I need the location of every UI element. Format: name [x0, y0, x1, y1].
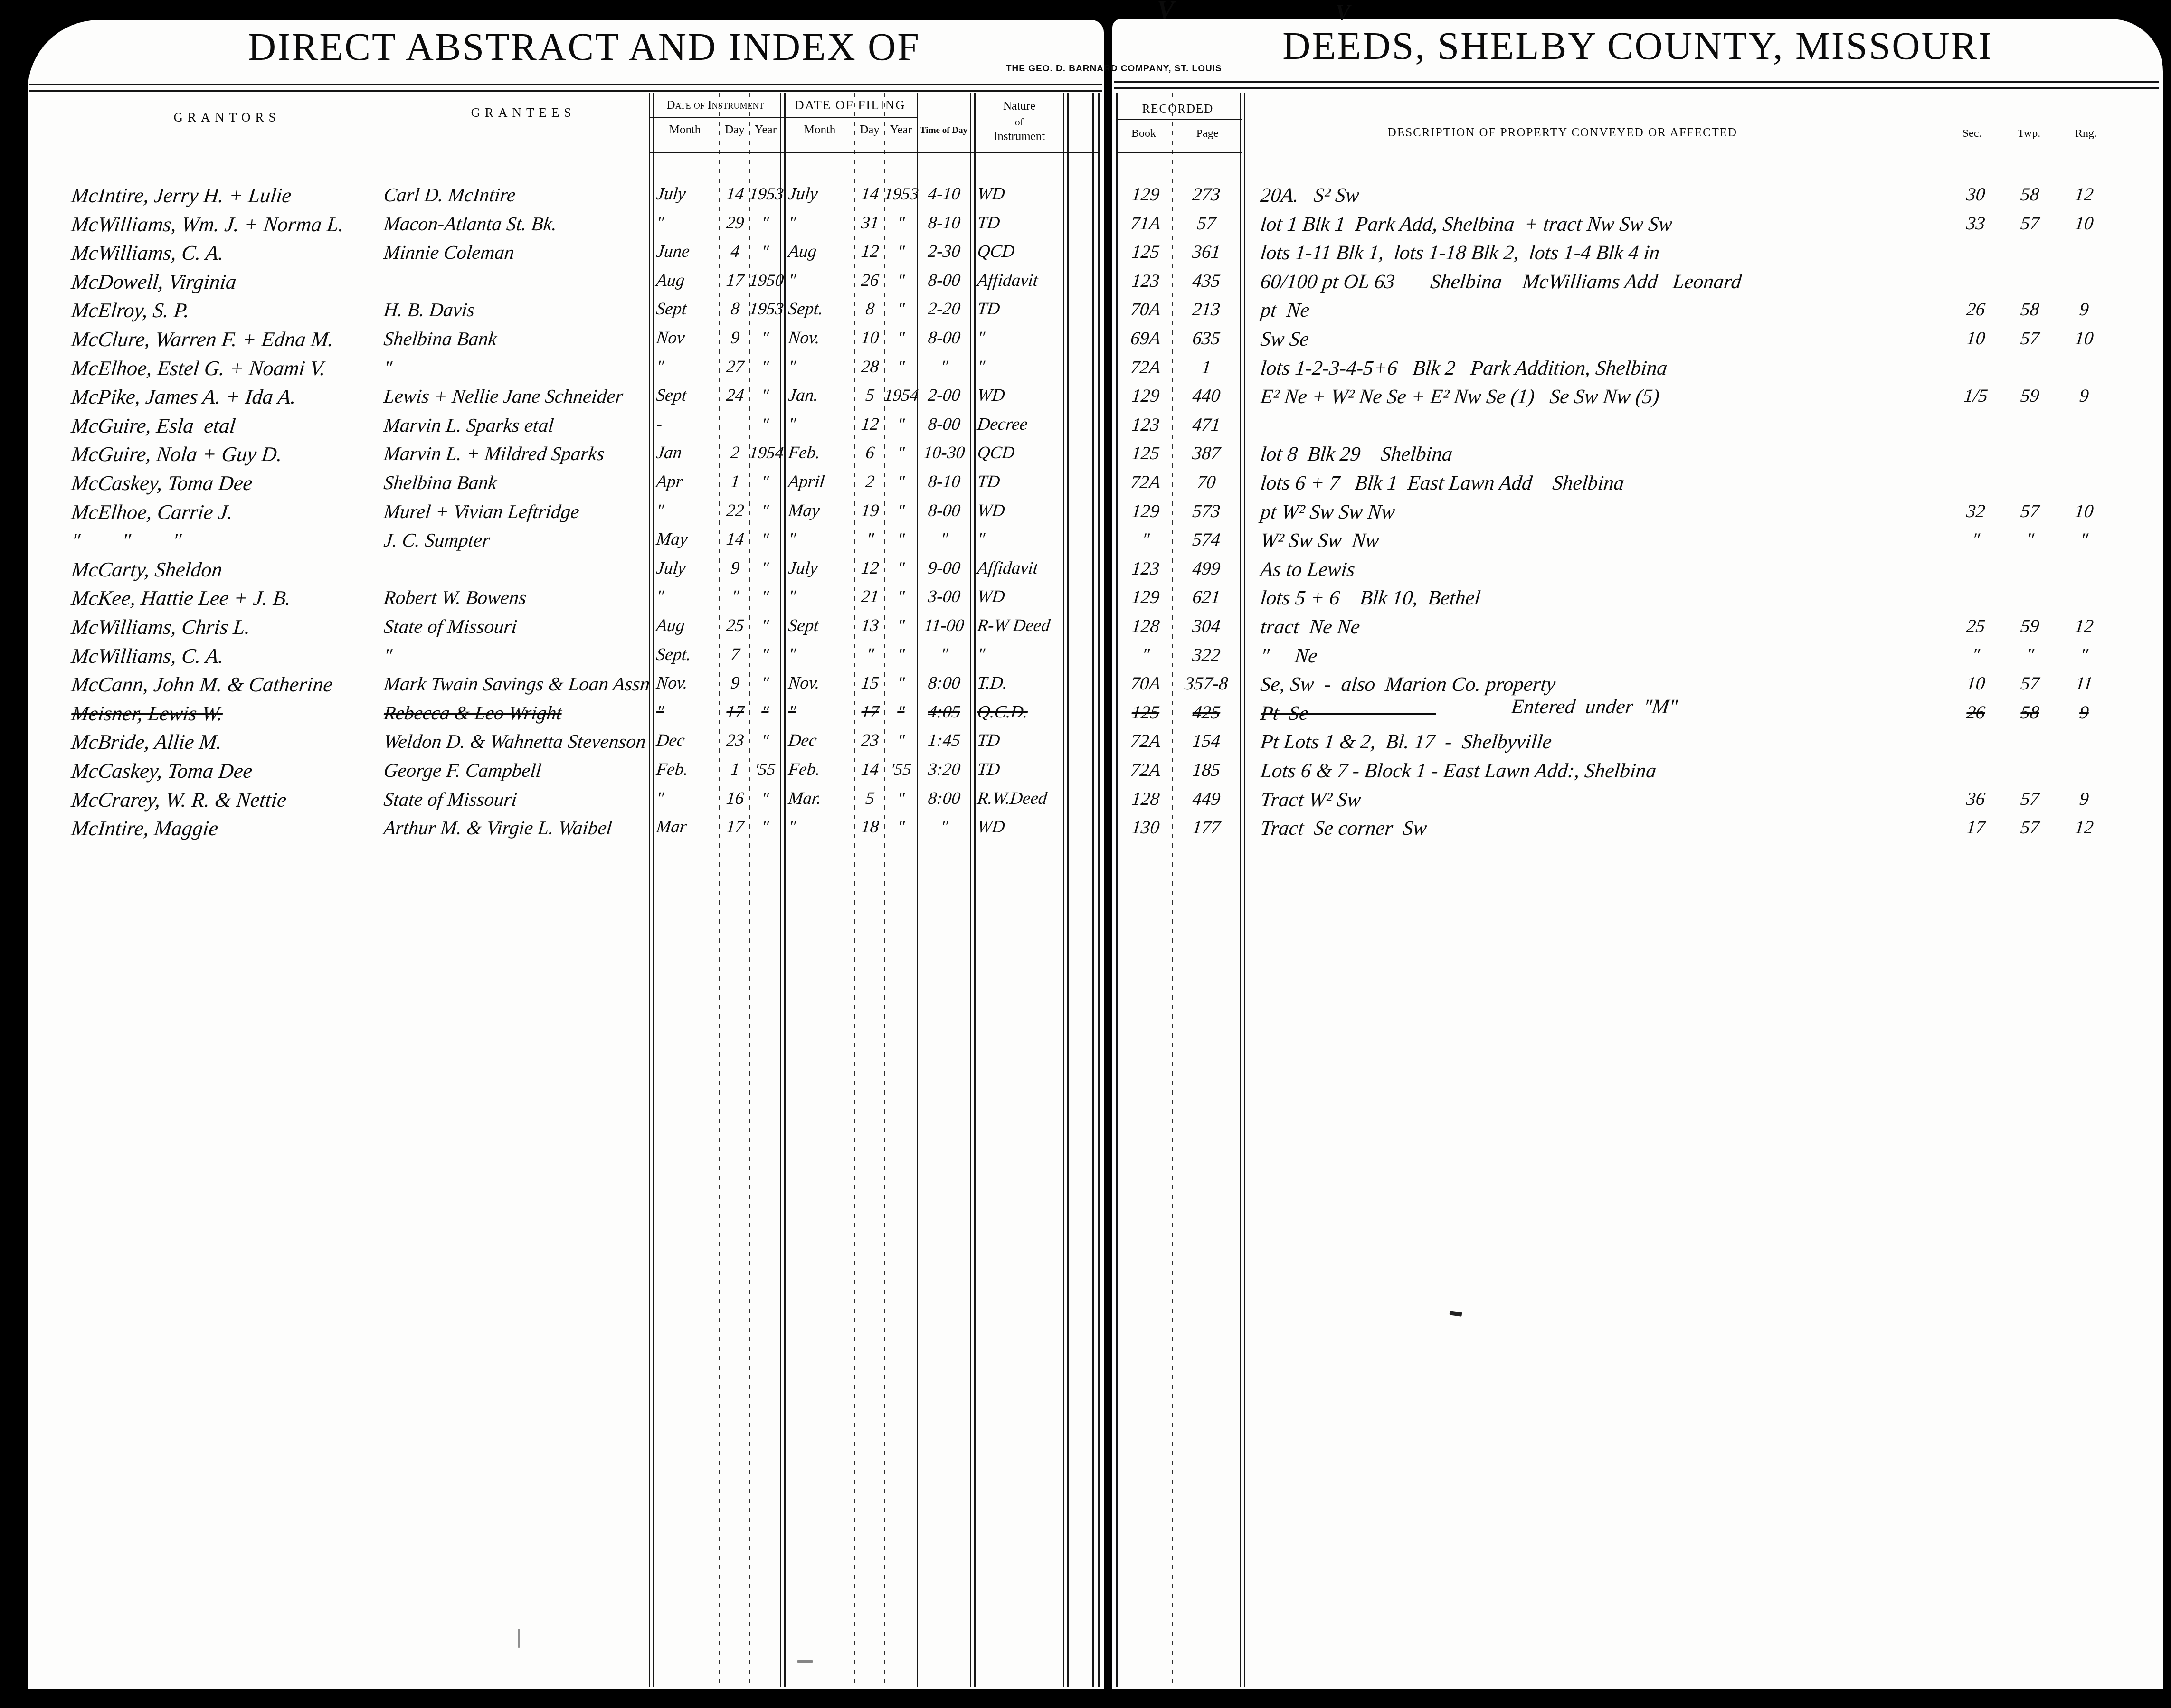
cell-rng: 9 — [2057, 790, 2112, 808]
cell-filing-month: " — [787, 703, 796, 721]
cell-instrument-month: " — [655, 502, 664, 519]
column-header-nature: Nature — [1003, 100, 1035, 113]
cell-filing-month: Feb. — [787, 761, 821, 778]
cell-time-of-day: 11-00 — [918, 617, 971, 634]
cell-sec: 30 — [1948, 185, 2003, 204]
check-mark: V — [1157, 0, 1174, 23]
cell-twp: 57 — [2002, 674, 2057, 693]
column-header-description: DESCRIPTION OF PROPERTY CONVEYED OR AFFE… — [1388, 126, 1737, 140]
cell-grantee: Mark Twain Savings & Loan Assn — [383, 674, 651, 694]
cell-filing-month: " — [787, 818, 796, 836]
cell-page: 361 — [1174, 243, 1239, 261]
cell-instrument-day: 4 — [719, 243, 751, 260]
cell-description: Lots 6 & 7 - Block 1 - East Lawn Add:, S… — [1260, 761, 1657, 781]
cell-page: 574 — [1174, 530, 1239, 549]
cell-book: 123 — [1117, 415, 1174, 434]
cell-filing-day: 26 — [854, 272, 886, 289]
cell-time-of-day: " — [918, 646, 971, 663]
cell-nature-of-instrument: R-W Deed — [976, 617, 1051, 634]
cell-instrument-year: " — [749, 329, 782, 346]
cell-grantee: Shelbina Bank — [383, 329, 498, 349]
cell-book: 125 — [1117, 243, 1174, 261]
cell-nature-of-instrument: " — [976, 530, 986, 548]
cell-grantee: Robert W. Bowens — [383, 588, 528, 607]
cell-instrument-year: " — [749, 559, 782, 576]
column-rule — [1116, 93, 1118, 1687]
header-rule — [650, 152, 1100, 153]
cell-description: 20A. S² Sw — [1260, 185, 1360, 206]
cell-description: Tract W² Sw — [1260, 790, 1362, 810]
cell-grantee: Murel + Vivian Leftridge — [383, 502, 580, 521]
cell-grantee: Shelbina Bank — [383, 473, 498, 492]
subheader-filing-day: Day — [860, 123, 880, 137]
cell-grantor: McElroy, S. P. — [70, 300, 190, 321]
cell-filing-month: Nov. — [787, 674, 821, 692]
cell-filing-year: " — [883, 617, 919, 634]
cell-instrument-month: May — [655, 530, 689, 548]
cell-book: 129 — [1117, 502, 1174, 520]
cell-instrument-month: " — [655, 703, 664, 721]
cell-instrument-month: Mar — [655, 818, 688, 836]
cell-filing-day: 15 — [854, 674, 886, 692]
cell-page: 499 — [1174, 559, 1239, 578]
cell-twp: 57 — [2002, 214, 2057, 233]
cell-filing-day: 14 — [854, 761, 886, 778]
cell-instrument-day: 16 — [719, 790, 751, 807]
cell-book: 69A — [1117, 329, 1174, 348]
cell-instrument-month: Nov. — [655, 674, 689, 692]
ink-speck — [797, 1660, 813, 1663]
cell-instrument-day: 9 — [719, 329, 751, 347]
cell-description: " Ne — [1260, 646, 1318, 666]
cell-rng: 10 — [2057, 214, 2112, 233]
cell-book: 129 — [1117, 387, 1174, 405]
cell-nature-of-instrument: TD — [976, 473, 1001, 491]
cell-instrument-month: July — [655, 559, 687, 577]
cell-filing-year: " — [883, 300, 919, 317]
column-rule — [649, 93, 654, 1687]
cell-filing-month: " — [787, 214, 796, 232]
cell-time-of-day: 2-30 — [918, 243, 971, 260]
cell-time-of-day: 2-00 — [918, 387, 971, 404]
check-mark: V — [1336, 2, 1350, 24]
cell-page: 57 — [1174, 214, 1239, 233]
cell-twp: 57 — [2002, 818, 2057, 837]
subheader-filing-year: Year — [890, 123, 912, 137]
cell-instrument-month: " — [655, 214, 664, 232]
cell-grantor: Meisner, Lewis W. — [70, 703, 224, 724]
cell-description: lots 5 + 6 Blk 10, Bethel — [1260, 588, 1481, 608]
cell-instrument-year: " — [749, 502, 782, 519]
cell-instrument-day: 24 — [719, 387, 751, 404]
cell-time-of-day: 8-00 — [918, 415, 971, 433]
cell-filing-day: 31 — [854, 214, 886, 232]
cell-filing-month: Sept — [787, 617, 820, 634]
cell-grantee: Lewis + Nellie Jane Schneider — [383, 387, 624, 406]
cell-page: 304 — [1174, 617, 1239, 635]
cell-instrument-year: " — [749, 818, 782, 835]
cell-instrument-month: " — [655, 358, 664, 376]
cell-book: 128 — [1117, 790, 1174, 808]
cell-grantor: McBride, Allie M. — [70, 732, 223, 753]
cell-instrument-day: 17 — [719, 818, 751, 836]
cell-book: 129 — [1117, 588, 1174, 606]
right-page — [1112, 19, 2163, 1689]
cell-instrument-day: 14 — [719, 185, 751, 203]
cell-instrument-year: " — [749, 530, 782, 547]
cell-filing-year: " — [883, 272, 919, 289]
cell-time-of-day: 8:00 — [918, 674, 971, 692]
cell-time-of-day: 8-00 — [918, 329, 971, 347]
cell-page: 440 — [1174, 387, 1239, 405]
header-rule — [29, 84, 1102, 85]
subheader-book: Book — [1131, 127, 1156, 140]
cell-description: lots 6 + 7 Blk 1 East Lawn Add Shelbina — [1260, 473, 1625, 493]
cell-filing-year: '55 — [883, 761, 919, 778]
cell-filing-month: " — [787, 646, 796, 663]
cell-nature-of-instrument: TD — [976, 761, 1001, 778]
column-header-rng: Rng. — [2075, 127, 2097, 140]
cell-instrument-day: 17 — [719, 272, 751, 289]
cell-instrument-day: 14 — [719, 530, 751, 548]
cell-filing-day: 13 — [854, 617, 886, 634]
column-header-recorded: RECORDED — [1142, 103, 1214, 116]
header-rule — [650, 117, 917, 118]
cell-twp: " — [2002, 646, 2057, 664]
cell-grantor: McClure, Warren F. + Edna M. — [70, 329, 335, 350]
cell-sec: 32 — [1948, 502, 2003, 520]
cell-filing-day: 23 — [854, 732, 886, 749]
cell-twp: 57 — [2002, 790, 2057, 808]
cell-page: 573 — [1174, 502, 1239, 520]
cell-time-of-day: 2-20 — [918, 300, 971, 318]
cell-instrument-month: " — [655, 790, 664, 807]
cell-instrument-day: 17 — [719, 703, 751, 721]
cell-page: 449 — [1174, 790, 1239, 808]
cell-grantor: McKee, Hattie Lee + J. B. — [70, 588, 292, 609]
cell-grantee: Rebecca & Leo Wright — [383, 703, 563, 723]
cell-rng: 12 — [2057, 617, 2112, 635]
cell-sec: 10 — [1948, 674, 2003, 693]
cell-book: 125 — [1117, 703, 1174, 722]
cell-grantor: McWilliams, C. A. — [70, 646, 225, 667]
cell-book: 72A — [1117, 732, 1174, 750]
cell-book: 130 — [1117, 818, 1174, 837]
column-header-nature-of: of — [1015, 116, 1024, 128]
cell-instrument-year: " — [749, 473, 782, 490]
cell-page: 1 — [1174, 358, 1239, 377]
cell-rng: " — [2057, 646, 2112, 664]
cell-instrument-month: Nov — [655, 329, 685, 347]
cell-grantee: State of Missouri — [383, 617, 518, 636]
cell-sec: 1/5 — [1948, 387, 2003, 405]
cell-filing-month: April — [787, 473, 825, 491]
cell-instrument-year: " — [749, 243, 782, 260]
cell-time-of-day: 4-10 — [918, 185, 971, 203]
cell-page: 621 — [1174, 588, 1239, 606]
cell-page: 471 — [1174, 415, 1239, 434]
cell-instrument-day: 7 — [719, 646, 751, 663]
cell-filing-year: " — [883, 646, 919, 663]
cell-time-of-day: 8:00 — [918, 790, 971, 807]
column-header-nature-instrument: Instrument — [994, 130, 1045, 143]
cell-filing-month: May — [787, 502, 821, 519]
cell-instrument-year: " — [749, 415, 782, 433]
cell-grantor: McCrarey, W. R. & Nettie — [70, 790, 287, 811]
cell-description: pt W² Sw Sw Nw — [1260, 502, 1396, 522]
subheader-filing-month: Month — [804, 123, 836, 137]
cell-filing-month: " — [787, 358, 796, 376]
column-header-sec: Sec. — [1962, 127, 1982, 140]
cell-book: 128 — [1117, 617, 1174, 635]
cell-grantee: Arthur M. & Virgie L. Waibel — [383, 818, 613, 838]
cell-twp: 58 — [2002, 300, 2057, 319]
cell-time-of-day: 8-10 — [918, 473, 971, 491]
cell-nature-of-instrument: Decree — [976, 415, 1028, 433]
cell-book: 129 — [1117, 185, 1174, 204]
cell-rng: 10 — [2057, 502, 2112, 520]
cell-book: 125 — [1117, 444, 1174, 462]
cell-filing-day: 8 — [854, 300, 886, 318]
cell-book: 123 — [1117, 272, 1174, 290]
cell-grantor: McGuire, Nola + Guy D. — [70, 444, 283, 465]
cell-description: Sw Se — [1260, 329, 1310, 349]
cell-grantee: State of Missouri — [383, 790, 518, 809]
cell-instrument-day: 1 — [719, 761, 751, 778]
cell-instrument-day: 9 — [719, 559, 751, 577]
cell-description: lots 1-2-3-4-5+6 Blk 2 Park Addition, Sh… — [1260, 358, 1668, 378]
cell-filing-day: " — [854, 646, 886, 663]
cell-grantor: McDowell, Virginia — [70, 272, 237, 293]
cell-instrument-year: " — [749, 588, 782, 605]
column-rule — [1063, 93, 1069, 1687]
column-header-grantors: GRANTORS — [173, 110, 280, 125]
cell-sec: " — [1948, 530, 2003, 549]
cell-instrument-day: 29 — [719, 214, 751, 232]
cell-description: lot 8 Blk 29 Shelbina — [1260, 444, 1453, 464]
cell-description: E² Ne + W² Ne Se + E² Nw Se (1) Se Sw Nw… — [1260, 387, 1660, 407]
cell-grantee: Minnie Coleman — [383, 243, 515, 262]
cell-instrument-day: " — [719, 588, 751, 605]
cell-filing-month: " — [787, 588, 796, 605]
cell-instrument-year: 1950 — [749, 272, 782, 289]
printer-mark: THE GEO. D. BARNARD COMPANY, ST. LOUIS — [1006, 64, 1222, 74]
header-rule — [29, 90, 1102, 92]
cell-instrument-month: Feb. — [655, 761, 689, 778]
subheader-instrument-year: Year — [755, 123, 777, 137]
cell-filing-day: 12 — [854, 415, 886, 433]
cell-filing-day: 12 — [854, 559, 886, 577]
cell-instrument-day: 9 — [719, 674, 751, 692]
cell-filing-month: July — [787, 185, 819, 203]
cell-instrument-month: Apr — [655, 473, 683, 491]
cell-rng: 9 — [2057, 387, 2112, 405]
cell-instrument-month: Sept — [655, 300, 688, 318]
cell-filing-day: 17 — [854, 703, 886, 721]
cell-filing-year: " — [883, 444, 919, 461]
cell-filing-month: Dec — [787, 732, 817, 749]
cell-grantor: McWilliams, Wm. J. + Norma L. — [70, 214, 345, 235]
cell-twp: 59 — [2002, 617, 2057, 635]
cell-instrument-month: July — [655, 185, 687, 203]
cell-instrument-year: " — [749, 617, 782, 634]
cell-time-of-day: 8-00 — [918, 502, 971, 519]
cell-nature-of-instrument: Affidavit — [976, 272, 1039, 289]
cell-instrument-day: 27 — [719, 358, 751, 376]
cell-filing-month: Mar. — [787, 790, 822, 807]
cell-filing-day: 5 — [854, 387, 886, 404]
cell-filing-year: " — [883, 473, 919, 490]
cell-instrument-year: " — [749, 214, 782, 231]
cell-filing-day: 18 — [854, 818, 886, 836]
cell-nature-of-instrument: R.W.Deed — [976, 790, 1048, 807]
cell-instrument-month: Dec — [655, 732, 685, 749]
cell-instrument-day: 25 — [719, 617, 751, 634]
cell-filing-day: 2 — [854, 473, 886, 491]
cell-filing-month: July — [787, 559, 819, 577]
cell-time-of-day: 10-30 — [918, 444, 971, 462]
cell-filing-year: " — [883, 214, 919, 231]
cell-page: 154 — [1174, 732, 1239, 750]
cell-instrument-day: 22 — [719, 502, 751, 519]
ink-speck — [518, 1629, 520, 1648]
cell-grantor: McCann, John M. & Catherine — [70, 674, 334, 695]
cell-nature-of-instrument: TD — [976, 732, 1001, 749]
cell-filing-year: " — [883, 243, 919, 260]
cell-page: 322 — [1174, 646, 1239, 664]
cell-nature-of-instrument: QCD — [976, 444, 1015, 462]
cell-filing-year: " — [883, 415, 919, 433]
cell-nature-of-instrument: WD — [976, 185, 1005, 203]
cell-page: 273 — [1174, 185, 1239, 204]
cell-time-of-day: 8-10 — [918, 214, 971, 232]
cell-twp: 58 — [2002, 185, 2057, 204]
column-rule — [1240, 93, 1245, 1687]
cell-description: 60/100 pt OL 63 Shelbina McWilliams Add … — [1260, 272, 1743, 292]
cell-instrument-day: 23 — [719, 732, 751, 749]
column-header-twp: Twp. — [2018, 127, 2040, 140]
cell-filing-day: 6 — [854, 444, 886, 462]
cell-page: 185 — [1174, 761, 1239, 779]
cell-instrument-month: Aug — [655, 272, 685, 289]
cell-page: 357-8 — [1174, 674, 1239, 693]
cell-nature-of-instrument: WD — [976, 387, 1005, 404]
cell-filing-year: " — [883, 674, 919, 691]
cell-nature-of-instrument: WD — [976, 818, 1005, 836]
cell-time-of-day: 9-00 — [918, 559, 971, 577]
cell-description: Se, Sw - also Marion Co. property — [1260, 674, 1556, 695]
cell-instrument-year: 1953 — [749, 185, 782, 202]
cell-filing-day: 10 — [854, 329, 886, 347]
cell-instrument-month: Sept. — [655, 646, 692, 663]
cell-twp: 57 — [2002, 329, 2057, 348]
cell-filing-day: " — [854, 530, 886, 548]
cell-description: tract Ne Ne — [1260, 617, 1361, 637]
cell-page: 425 — [1174, 703, 1239, 722]
cell-instrument-month: Aug — [655, 617, 685, 634]
cell-grantor: McIntire, Maggie — [70, 818, 219, 839]
cell-description: lot 1 Blk 1 Park Add, Shelbina + tract N… — [1260, 214, 1673, 235]
cell-instrument-year: 1953 — [749, 300, 782, 317]
cell-filing-year: " — [883, 530, 919, 547]
cell-rng: 12 — [2057, 185, 2112, 204]
ledger-book-spread: DIRECT ABSTRACT AND INDEX OF DEEDS, SHEL… — [0, 0, 2171, 1708]
cell-filing-day: 21 — [854, 588, 886, 605]
column-rule — [719, 93, 720, 1687]
cell-rng: " — [2057, 530, 2112, 549]
cell-rng: 10 — [2057, 329, 2112, 348]
cell-filing-month: Feb. — [787, 444, 821, 462]
cell-nature-of-instrument: TD — [976, 214, 1001, 232]
cell-description: As to Lewis — [1260, 559, 1356, 580]
cell-instrument-year: " — [749, 674, 782, 691]
cell-filing-year: " — [883, 703, 919, 720]
right-page-title: DEEDS, SHELBY COUNTY, MISSOURI — [1282, 24, 1993, 68]
cell-filing-day: 28 — [854, 358, 886, 376]
cell-sec: 25 — [1948, 617, 2003, 635]
cell-description: Pt Lots 1 & 2, Bl. 17 - Shelbyville — [1260, 732, 1553, 752]
cell-nature-of-instrument: QCD — [976, 243, 1015, 260]
cell-page: 635 — [1174, 329, 1239, 348]
cell-sec: 36 — [1948, 790, 2003, 808]
cell-nature-of-instrument: " — [976, 358, 986, 376]
cell-page: 70 — [1174, 473, 1239, 491]
cell-sec: 26 — [1948, 300, 2003, 319]
cell-filing-month: " — [787, 530, 796, 548]
header-rule — [1117, 119, 1242, 120]
cell-grantee: George F. Campbell — [383, 761, 542, 780]
cell-time-of-day: 3:20 — [918, 761, 971, 778]
cell-description: lots 1-11 Blk 1, lots 1-18 Blk 2, lots 1… — [1260, 243, 1661, 263]
cell-filing-month: Sept. — [787, 300, 824, 318]
cell-instrument-day: 2 — [719, 444, 751, 462]
cell-book: 70A — [1117, 674, 1174, 693]
cell-description: Tract Se corner Sw — [1260, 818, 1428, 839]
cell-twp: 57 — [2002, 502, 2057, 520]
cell-nature-of-instrument: WD — [976, 588, 1005, 605]
cell-filing-day: 5 — [854, 790, 886, 807]
cell-book: " — [1117, 646, 1174, 664]
cell-nature-of-instrument: T.D. — [976, 674, 1008, 692]
cell-grantee: H. B. Davis — [383, 300, 476, 320]
cell-grantor: McCarty, Sheldon — [70, 559, 223, 580]
cell-instrument-month: June — [655, 243, 691, 260]
header-rule — [1114, 87, 2159, 89]
cell-filing-year: " — [883, 588, 919, 605]
cell-page: 435 — [1174, 272, 1239, 290]
cell-book: 72A — [1117, 761, 1174, 779]
cell-grantee: Marvin L. + Mildred Sparks — [383, 444, 606, 463]
cell-sec: 33 — [1948, 214, 2003, 233]
cell-nature-of-instrument: TD — [976, 300, 1001, 318]
cell-filing-month: Jan. — [787, 387, 819, 404]
cell-filing-month: " — [787, 272, 796, 289]
cell-grantor: McIntire, Jerry H. + Lulie — [70, 185, 293, 206]
cell-instrument-year: " — [749, 790, 782, 807]
cell-grantor: McCaskey, Toma Dee — [70, 473, 253, 494]
cell-rng: 9 — [2057, 703, 2112, 722]
column-rule — [1098, 93, 1100, 1687]
cell-filing-year: " — [883, 502, 919, 519]
cell-rng: 9 — [2057, 300, 2112, 319]
cell-instrument-month: Jan — [655, 444, 683, 462]
cell-page: 213 — [1174, 300, 1239, 319]
cell-rng: 11 — [2057, 674, 2112, 693]
cell-time-of-day: " — [918, 358, 971, 376]
cell-filing-year: " — [883, 329, 919, 346]
cell-instrument-year: '55 — [749, 761, 782, 778]
cell-filing-month: Aug — [787, 243, 817, 260]
